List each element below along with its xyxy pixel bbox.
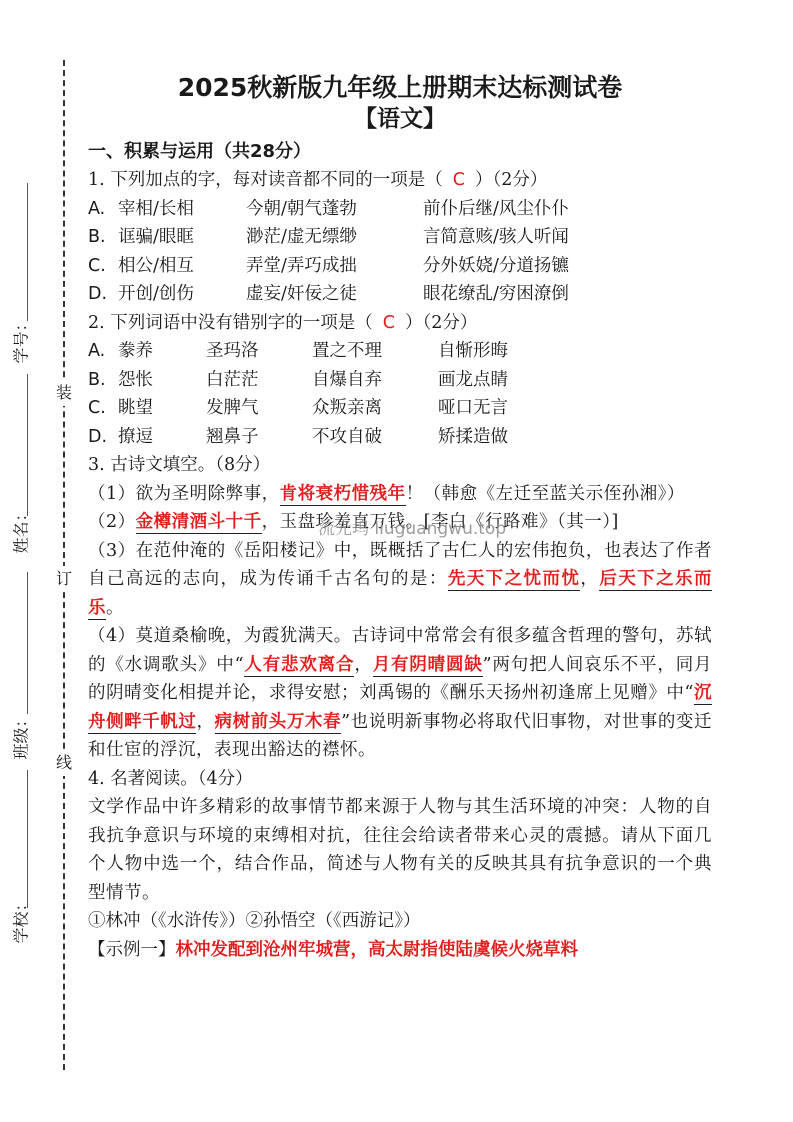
example-answer: 林冲发配到沧州牢城营，高太尉指使陆虞候火烧草料: [176, 940, 579, 960]
answer-fill: 金樽清酒斗十千: [136, 512, 262, 534]
option-row: C.眺望发脾气众叛亲离哑口无言: [88, 394, 712, 423]
option-row: D.开创/创伤虚妄/奸佞之徒眼花缭乱/穷困潦倒: [88, 280, 712, 309]
exam-subject: 【语文】: [88, 104, 712, 134]
answer-fill: 月有阴晴圆缺: [373, 655, 483, 677]
section-heading: 一、积累与运用（共28分）: [88, 138, 712, 166]
answer-fill: 病树前头万木春: [215, 712, 342, 734]
option-row: B.诓骗/眼眶渺茫/虚无缥缈言简意赅/骇人听闻: [88, 223, 712, 252]
answer-fill: 人有悲欢离合: [244, 655, 354, 677]
question-3-heading: 3. 古诗文填空。（8分）: [88, 451, 712, 480]
exam-title: 2025秋新版九年级上册期末达标测试卷: [88, 72, 712, 104]
question-1-options: A.宰相/长相今朝/朝气蓬勃前仆后继/风尘仆仆 B.诓骗/眼眶渺茫/虚无缥缈言简…: [88, 195, 712, 309]
question-4-example: 【示例一】林冲发配到沧州牢城营，高太尉指使陆虞候火烧草料: [88, 936, 712, 965]
option-row: A.豢养圣玛洛置之不理自惭形晦: [88, 337, 712, 366]
question-1-answer: C: [453, 170, 465, 190]
binding-label-ding: 订: [56, 566, 72, 592]
binding-label-zhuang: 装: [56, 380, 72, 406]
question-4-choices: ①林冲（《水浒传》）②孙悟空（《西游记》）: [88, 907, 712, 936]
school-line[interactable]: [27, 770, 28, 908]
question-1-stem: 1. 下列加点的字，每对读音都不同的一项是（C）（2分）: [88, 166, 712, 195]
question-4-body: 文学作品中许多精彩的故事情节都来源于人物与其生活环境的冲突：人物的自我抗争意识与…: [88, 793, 712, 907]
binding-label-xian: 线: [56, 750, 72, 776]
option-row: A.宰相/长相今朝/朝气蓬勃前仆后继/风尘仆仆: [88, 195, 712, 224]
question-3-part-4: （4）莫道桑榆晚，为霞犹满天。古诗词中常常会有很多蕴含哲理的警句，苏轼的《水调歌…: [88, 622, 712, 765]
question-2-answer: C: [383, 313, 395, 333]
answer-fill: 肯将衰朽惜残年: [280, 484, 406, 506]
student-name-label: 姓名：: [9, 530, 32, 554]
class-label: 班级：: [9, 736, 32, 760]
student-id-label: 学号：: [9, 340, 32, 364]
class-line[interactable]: [27, 572, 28, 714]
example-label: 【示例一】: [88, 940, 176, 960]
question-3-part-1: （1）欲为圣明除弊事，肯将衰朽惜残年！（韩愈《左迁至蓝关示侄孙湘》）: [88, 480, 712, 509]
question-2-stem: 2. 下列词语中没有错别字的一项是（C）（2分）: [88, 309, 712, 338]
question-3-part-3: （3）在范仲淹的《岳阳楼记》中，既概括了古仁人的宏伟抱负，也表达了作者自己高远的…: [88, 537, 712, 623]
student-id-line[interactable]: [27, 183, 28, 321]
question-2-options: A.豢养圣玛洛置之不理自惭形晦 B.怨怅白茫茫自爆自弃画龙点睛 C.眺望发脾气众…: [88, 337, 712, 451]
option-row: B.怨怅白茫茫自爆自弃画龙点睛: [88, 366, 712, 395]
question-4-heading: 4. 名著阅读。（4分）: [88, 765, 712, 794]
watermark: 流光坞 liuguangwu.top: [318, 514, 506, 539]
answer-fill: 先天下之忧而忧: [448, 569, 581, 591]
student-name-line[interactable]: [27, 374, 28, 516]
school-label: 学校：: [9, 920, 32, 944]
binding-dashed-line: [63, 60, 65, 1070]
option-row: D.撩逗翘鼻子不攻自破矫揉造做: [88, 423, 712, 452]
option-row: C.相公/相互弄堂/弄巧成拙分外妖娆/分道扬镳: [88, 252, 712, 281]
